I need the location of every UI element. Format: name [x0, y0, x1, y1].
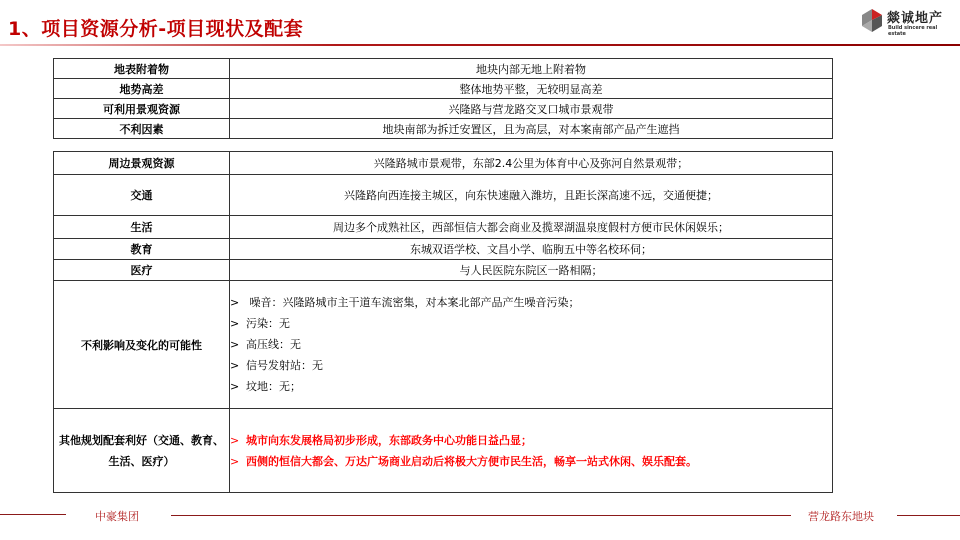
row-label: 地势高差 — [54, 79, 230, 99]
chevron-right-icon: > — [230, 355, 246, 376]
list-item: > 噪音：兴隆路城市主干道车流密集，对本案北部产品产生噪音污染； — [230, 292, 832, 313]
footer-divider — [171, 515, 791, 516]
row-label: 可利用景观资源 — [54, 99, 230, 119]
row-value: 兴隆路向西连接主城区，向东快速融入潍坊，且距长深高速不远，交通便捷； — [230, 175, 833, 216]
row-label: 地表附着物 — [54, 59, 230, 79]
table-row: 不利因素 地块南部为拆迁安置区，且为高层，对本案南部产品产生遮挡 — [54, 119, 833, 139]
chevron-right-icon: > — [230, 451, 246, 472]
footer-divider — [0, 514, 66, 515]
row-value: 地块南部为拆迁安置区，且为高层，对本案南部产品产生遮挡 — [230, 119, 833, 139]
table-row: 交通 兴隆路向西连接主城区，向东快速融入潍坊，且距长深高速不远，交通便捷； — [54, 175, 833, 216]
chevron-right-icon: > — [230, 376, 246, 397]
row-value: 与人民医院东院区一路相隔； — [230, 260, 833, 281]
chevron-right-icon: > — [230, 313, 246, 334]
list-item: >信号发射站：无 — [230, 355, 832, 376]
row-value: 周边多个成熟社区，西部恒信大都会商业及揽翠湖温泉度假村方便市民休闲娱乐； — [230, 216, 833, 239]
row-label: 医疗 — [54, 260, 230, 281]
company-logo: 燚诚地产 Build sincere real estate — [860, 5, 955, 35]
list-item: >坟地：无； — [230, 376, 832, 397]
chevron-right-icon: > — [230, 334, 246, 355]
row-label: 周边景观资源 — [54, 152, 230, 175]
planning-list: >城市向东发展格局初步形成，东部政务中心功能日益凸显； >西侧的恒信大都会、万达… — [230, 409, 833, 493]
row-value: 地块内部无地上附着物 — [230, 59, 833, 79]
list-item: >污染：无 — [230, 313, 832, 334]
title-divider — [0, 44, 960, 46]
table-row: 教育 东城双语学校、文昌小学、临朐五中等名校环伺； — [54, 239, 833, 260]
page-title: 1、项目资源分析-项目现状及配套 — [8, 14, 303, 41]
row-label: 生活 — [54, 216, 230, 239]
table-row: 可利用景观资源 兴隆路与营龙路交叉口城市景观带 — [54, 99, 833, 119]
row-value: 兴隆路与营龙路交叉口城市景观带 — [230, 99, 833, 119]
row-label: 不利因素 — [54, 119, 230, 139]
row-value: 整体地势平整，无较明显高差 — [230, 79, 833, 99]
chevron-right-icon: > — [230, 292, 246, 313]
row-label: 其他规划配套利好（交通、教育、 生活、医疗） — [54, 409, 230, 493]
footer-divider — [897, 515, 960, 516]
surroundings-table: 周边景观资源 兴隆路城市景观带，东部2.4公里为体育中心及弥河自然景观带； 交通… — [53, 151, 833, 493]
list-item: >西侧的恒信大都会、万达广场商业启动后将极大方便市民生活，畅享一站式休闲、娱乐配… — [230, 451, 832, 472]
logo-text-cn: 燚诚地产 — [887, 7, 943, 26]
row-label: 不利影响及变化的可能性 — [54, 281, 230, 409]
table-row-planning: 其他规划配套利好（交通、教育、 生活、医疗） >城市向东发展格局初步形成，东部政… — [54, 409, 833, 493]
adverse-list: > 噪音：兴隆路城市主干道车流密集，对本案北部产品产生噪音污染； >污染：无 >… — [230, 281, 833, 409]
row-value: 东城双语学校、文昌小学、临朐五中等名校环伺； — [230, 239, 833, 260]
footer-project: 营龙路东地块 — [808, 508, 874, 524]
chevron-right-icon: > — [230, 430, 246, 451]
table-row: 周边景观资源 兴隆路城市景观带，东部2.4公里为体育中心及弥河自然景观带； — [54, 152, 833, 175]
row-label: 教育 — [54, 239, 230, 260]
list-item: >城市向东发展格局初步形成，东部政务中心功能日益凸显； — [230, 430, 832, 451]
list-item: >高压线：无 — [230, 334, 832, 355]
table-row: 地势高差 整体地势平整，无较明显高差 — [54, 79, 833, 99]
footer-company: 中豪集团 — [95, 508, 139, 524]
site-status-table: 地表附着物 地块内部无地上附着物 地势高差 整体地势平整，无较明显高差 可利用景… — [53, 58, 833, 139]
logo-cube-icon — [860, 7, 884, 33]
row-label: 交通 — [54, 175, 230, 216]
table-row-adverse: 不利影响及变化的可能性 > 噪音：兴隆路城市主干道车流密集，对本案北部产品产生噪… — [54, 281, 833, 409]
logo-text-en: Build sincere real estate — [888, 25, 955, 37]
table-row: 地表附着物 地块内部无地上附着物 — [54, 59, 833, 79]
table-row: 生活 周边多个成熟社区，西部恒信大都会商业及揽翠湖温泉度假村方便市民休闲娱乐； — [54, 216, 833, 239]
row-value: 兴隆路城市景观带，东部2.4公里为体育中心及弥河自然景观带； — [230, 152, 833, 175]
table-row: 医疗 与人民医院东院区一路相隔； — [54, 260, 833, 281]
